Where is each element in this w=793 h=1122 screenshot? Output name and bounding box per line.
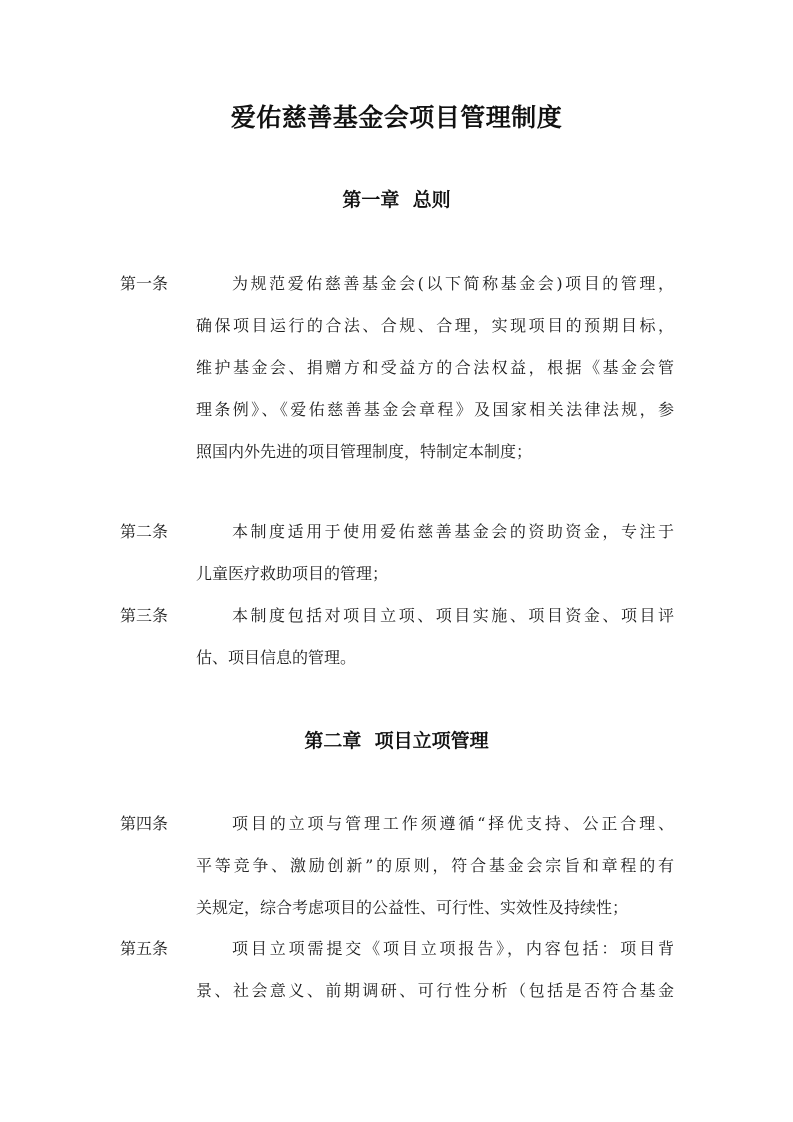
article-line: 维护基金会、捐赠方和受益方的合法权益，根据《基金会管	[196, 347, 674, 389]
article-body: 本制度包括对项目立项、项目实施、项目资金、项目评 估、项目信息的管理。	[196, 595, 674, 679]
document-title: 爱佑慈善基金会项目管理制度	[0, 101, 793, 135]
article-body: 为规范爱佑慈善基金会(以下简称基金会)项目的管理， 确保项目运行的合法、合规、合…	[196, 263, 674, 473]
article-line: 关规定，综合考虑项目的公益性、可行性、实效性及持续性；	[196, 887, 674, 929]
article-label: 第四条	[120, 803, 168, 845]
article-line: 本制度包括对项目立项、项目实施、项目资金、项目评	[196, 595, 674, 637]
article-line: 照国内外先进的项目管理制度，特制定本制度；	[196, 431, 674, 473]
chapter-heading-general: 第一章 总则	[0, 187, 793, 213]
article-body: 项目的立项与管理工作须遵循“择优支持、公正合理、 平等竞争、激励创新”的原则，符…	[196, 803, 674, 929]
article-line: 项目立项需提交《项目立项报告》，内容包括：项目背	[196, 928, 674, 970]
article-label: 第五条	[120, 928, 168, 970]
article-line: 理条例》、《爱佑慈善基金会章程》及国家相关法律法规，参	[196, 389, 674, 431]
article-line: 平等竞争、激励创新”的原则，符合基金会宗旨和章程的有	[196, 845, 674, 887]
article-label: 第三条	[120, 595, 168, 637]
article-line: 估、项目信息的管理。	[196, 637, 674, 679]
article-label: 第二条	[120, 511, 168, 553]
article-line: 景、社会意义、前期调研、可行性分析（包括是否符合基金	[196, 970, 674, 1012]
article-line: 儿童医疗救助项目的管理；	[196, 553, 674, 595]
article-body: 本制度适用于使用爱佑慈善基金会的资助资金，专注于 儿童医疗救助项目的管理；	[196, 511, 674, 595]
document-page: 爱佑慈善基金会项目管理制度 第一章 总则 第一条 为规范爱佑慈善基金会(以下简称…	[0, 0, 793, 1122]
article-line: 本制度适用于使用爱佑慈善基金会的资助资金，专注于	[196, 511, 674, 553]
article-label: 第一条	[120, 263, 168, 305]
chapter-heading-project-initiation: 第二章 项目立项管理	[0, 728, 793, 754]
article-body: 项目立项需提交《项目立项报告》，内容包括：项目背 景、社会意义、前期调研、可行性…	[196, 928, 674, 1012]
article-line: 为规范爱佑慈善基金会(以下简称基金会)项目的管理，	[196, 263, 674, 305]
article-line: 确保项目运行的合法、合规、合理，实现项目的预期目标，	[196, 305, 674, 347]
article-line: 项目的立项与管理工作须遵循“择优支持、公正合理、	[196, 803, 674, 845]
